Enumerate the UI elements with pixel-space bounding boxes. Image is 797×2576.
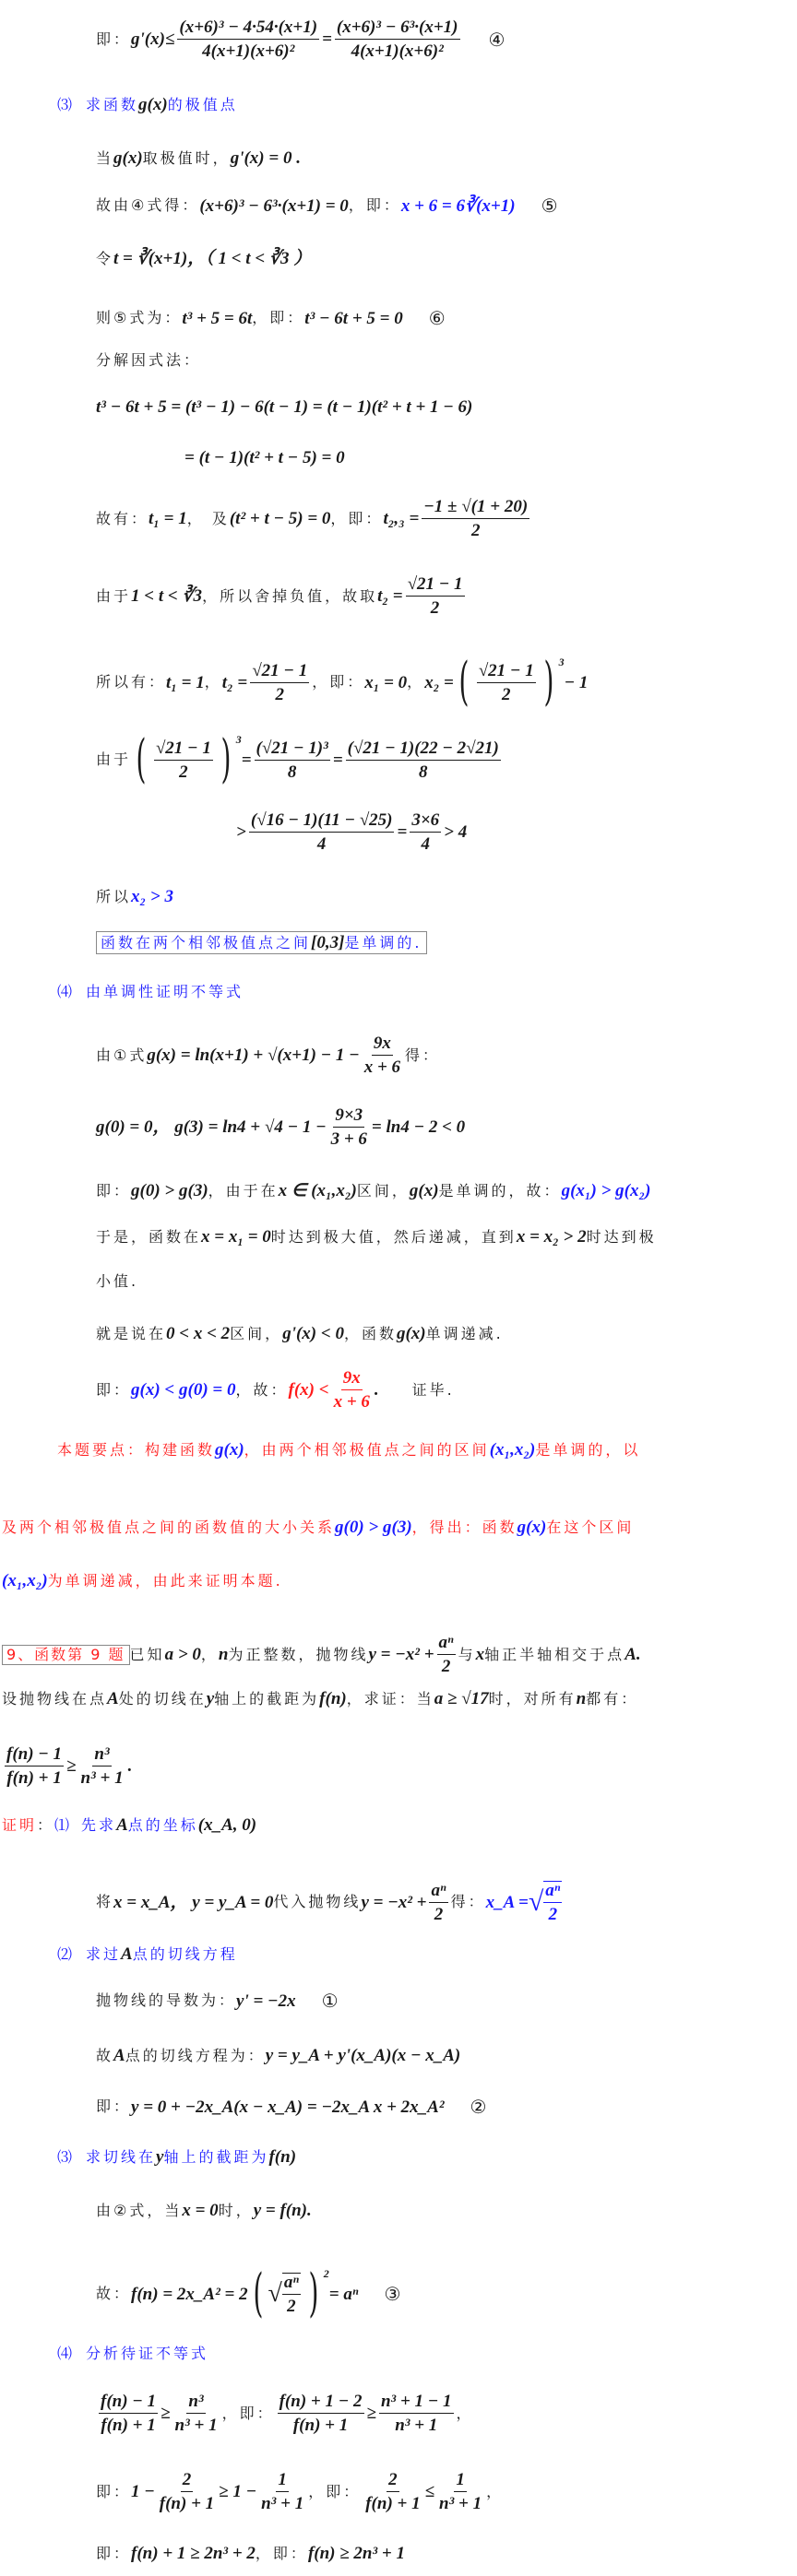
fraction: 9×33 + 6: [329, 1106, 369, 1148]
fraction: 9xx + 6: [363, 1034, 402, 1076]
key-point-line-2: 及两个相邻极值点之间的函数值的大小关系g(0) > g(3)，得出：函数g(x)…: [2, 1518, 634, 1536]
fraction: 3×64: [410, 811, 441, 853]
fraction: −1 ± √(1 + 20)2: [422, 498, 529, 539]
text-line: 令t = ∛(x+1)，（ 1 < t < ∛3 ）: [96, 250, 311, 267]
fraction: aⁿ2: [437, 1634, 456, 1675]
equation-4-line: 即： g'(x) ≤ (x+6)³ − 4·54·(x+1)4(x+1)(x+6…: [96, 18, 505, 60]
equation-marker-4: ④: [489, 30, 506, 49]
highlight-box: 函数在两个相邻极值点之间[0,3]是单调的.: [96, 931, 427, 954]
fraction: (√21 − 1)³8: [255, 739, 330, 781]
equation-marker-3: ③: [384, 2285, 400, 2303]
fraction: (√21 − 1)(22 − 2√21)8: [346, 739, 501, 781]
text-line: 就是说在0 < x < 2区间，g'(x) < 0，函数g(x)单调递减.: [96, 1325, 504, 1342]
equation-line: 即：f(n) + 1 ≥ 2n³ + 2，即：f(n) ≥ 2n³ + 1: [96, 2545, 405, 2562]
fraction: f(n) − 1f(n) + 1: [5, 1745, 64, 1787]
proof-step-2: ⑵求过A点的切线方程: [57, 1945, 238, 1963]
text-line: 故有：t₁ = 1， 及(t² + t − 5) = 0，即：t₂,₃ = −1…: [96, 498, 532, 539]
text-line: 则⑤式为：t³ + 5 = 6t，即：t³ − 6t + 5 = 0 ⑥: [96, 309, 446, 327]
text-line: 由②式，当x = 0时，y = f(n).: [96, 2202, 312, 2219]
fraction: f(n) + 1 − 2f(n) + 1: [278, 2393, 364, 2434]
text-line: 由于1 < t < ∛3，所以舍掉负值，故取t₂ = √21 − 12: [96, 575, 468, 617]
text-line: 将x = x_A， y = y_A = 0代入抛物线y = −x² + aⁿ2 …: [96, 1881, 565, 1923]
equation-line: > (√16 − 1)(11 − √25)4 = 3×64 > 4: [236, 811, 467, 853]
fraction: √21 − 12: [250, 662, 309, 703]
fraction: aⁿ2: [543, 1881, 562, 1923]
text-line: 由①式g(x) = ln(x+1) + √(x+1) − 1 − 9xx + 6…: [96, 1034, 440, 1076]
conclusion-line: 即：g(x) < g(0) = 0，故： f(x) < 9xx + 6 . 证毕…: [96, 1369, 455, 1411]
text-line: 当g(x)取极值时，g'(x) = 0 .: [96, 149, 301, 167]
fraction: (x+6)³ − 6³·(x+1)4(x+1)(x+6)²: [335, 18, 460, 60]
proof-step-3: ⑶求切线在y轴上的截距为f(n): [57, 2148, 296, 2166]
text-line: 即：g(0) > g(3)，由于在x ∈ (x₁,x₂)区间，g(x)是单调的，…: [96, 1182, 650, 1199]
equation-marker-1: ①: [322, 1991, 339, 2010]
fraction: 2f(n) + 1: [158, 2471, 216, 2512]
equation-line: g(0) = 0， g(3) = ln4 + √4 − 1 − 9×33 + 6…: [96, 1106, 465, 1148]
fraction: aⁿ2: [429, 1882, 447, 1923]
fraction: √21 − 12: [406, 575, 465, 617]
text-line: 即：y = 0 + −2x_A(x − x_A) = −2x_A x + 2x_…: [96, 2097, 486, 2116]
fraction: 1n³ + 1: [437, 2471, 483, 2512]
question-9-statement: 9、函数第 9 题 已知a > 0，n为正整数，抛物线y = −x² + aⁿ2…: [2, 1634, 641, 1675]
text-line: 于是，函数在x = x₁ = 0时达到极大值，然后递减，直到x = x₂ > 2…: [96, 1228, 657, 1246]
text-line: 由于 (√21 − 12)3 = (√21 − 1)³8 = (√21 − 1)…: [96, 734, 504, 786]
text-line: 故由④式得：(x+6)³ − 6³·(x+1) = 0，即：x + 6 = 6∛…: [96, 196, 558, 215]
text-line: 分解因式法：: [96, 353, 201, 368]
text-line: 所以x₂ > 3: [96, 888, 173, 905]
text-line: 抛物线的导数为：y' = −2x ①: [96, 1991, 339, 2010]
fraction: 9xx + 6: [332, 1369, 372, 1411]
text-line: 所以有：t₁ = 1，t₂ = √21 − 12 ，即：x₁ = 0，x₂ = …: [96, 656, 588, 708]
text-line: 故：f(n) = 2x_A² = 2 (√aⁿ2)2 = aⁿ ③: [96, 2268, 400, 2320]
proof-heading: 证明： ⑴ 先求A点的坐标(x_A, 0): [2, 1816, 256, 1834]
question-9-tag: 9、函数第 9 题: [2, 1645, 130, 1665]
equation-line: = (t − 1)(t² + t − 5) = 0: [184, 449, 345, 467]
equation-marker-6: ⑥: [429, 309, 446, 327]
key-point-line-1: 本题要点：构建函数g(x)，由两个相邻极值点之间的区间(x₁,x₂)是单调的，以: [57, 1441, 640, 1459]
fraction: (x+6)³ − 4·54·(x+1)4(x+1)(x+6)²: [177, 18, 319, 60]
equation-line: t³ − 6t + 5 = (t³ − 1) − 6(t − 1) = (t −…: [96, 398, 472, 416]
fraction: √21 − 12: [154, 739, 213, 781]
equation-line: f(n) − 1f(n) + 1 ≥ n³n³ + 1 ，即： f(n) + 1…: [96, 2393, 474, 2434]
text-line: 小值.: [96, 1274, 138, 1289]
key-point-line-3: (x₁,x₂)为单调递减，由此来证明本题.: [2, 1572, 283, 1589]
equation-line: 即：1 − 2f(n) + 1 ≥ 1 − 1n³ + 1 ，即： 2f(n) …: [96, 2471, 504, 2512]
text-line: 故A点的切线方程为：y = y_A + y'(x_A)(x − x_A): [96, 2047, 460, 2064]
question-9-statement-2: 设抛物线在点A处的切线在y轴上的截距为f(n)，求证：当a ≥ √17时，对所有…: [2, 1690, 638, 1707]
fraction: n³ + 1 − 1n³ + 1: [379, 2393, 454, 2434]
fraction: 2f(n) + 1: [363, 2471, 422, 2512]
fraction: n³n³ + 1: [173, 2393, 220, 2434]
fraction: f(n) − 1f(n) + 1: [99, 2393, 158, 2434]
fraction: aⁿ2: [282, 2273, 301, 2315]
fraction: 1n³ + 1: [259, 2471, 305, 2512]
fraction: (√16 − 1)(11 − √25)4: [249, 811, 395, 853]
section-heading-3: ⑶ 求函数 g(x) 的极值点: [57, 96, 238, 113]
question-9-inequality: f(n) − 1f(n) + 1 ≥ n³n³ + 1 .: [2, 1745, 132, 1787]
proof-step-4: ⑷分析待证不等式: [57, 2346, 208, 2361]
boxed-conclusion: 函数在两个相邻极值点之间[0,3]是单调的.: [96, 931, 427, 954]
fraction: n³n³ + 1: [79, 1745, 125, 1787]
fraction: √21 − 12: [477, 662, 536, 703]
section-heading-4: ⑷ 由单调性证明不等式: [57, 985, 244, 999]
equation-marker-5: ⑤: [541, 196, 558, 215]
equation-marker-2: ②: [470, 2097, 487, 2116]
